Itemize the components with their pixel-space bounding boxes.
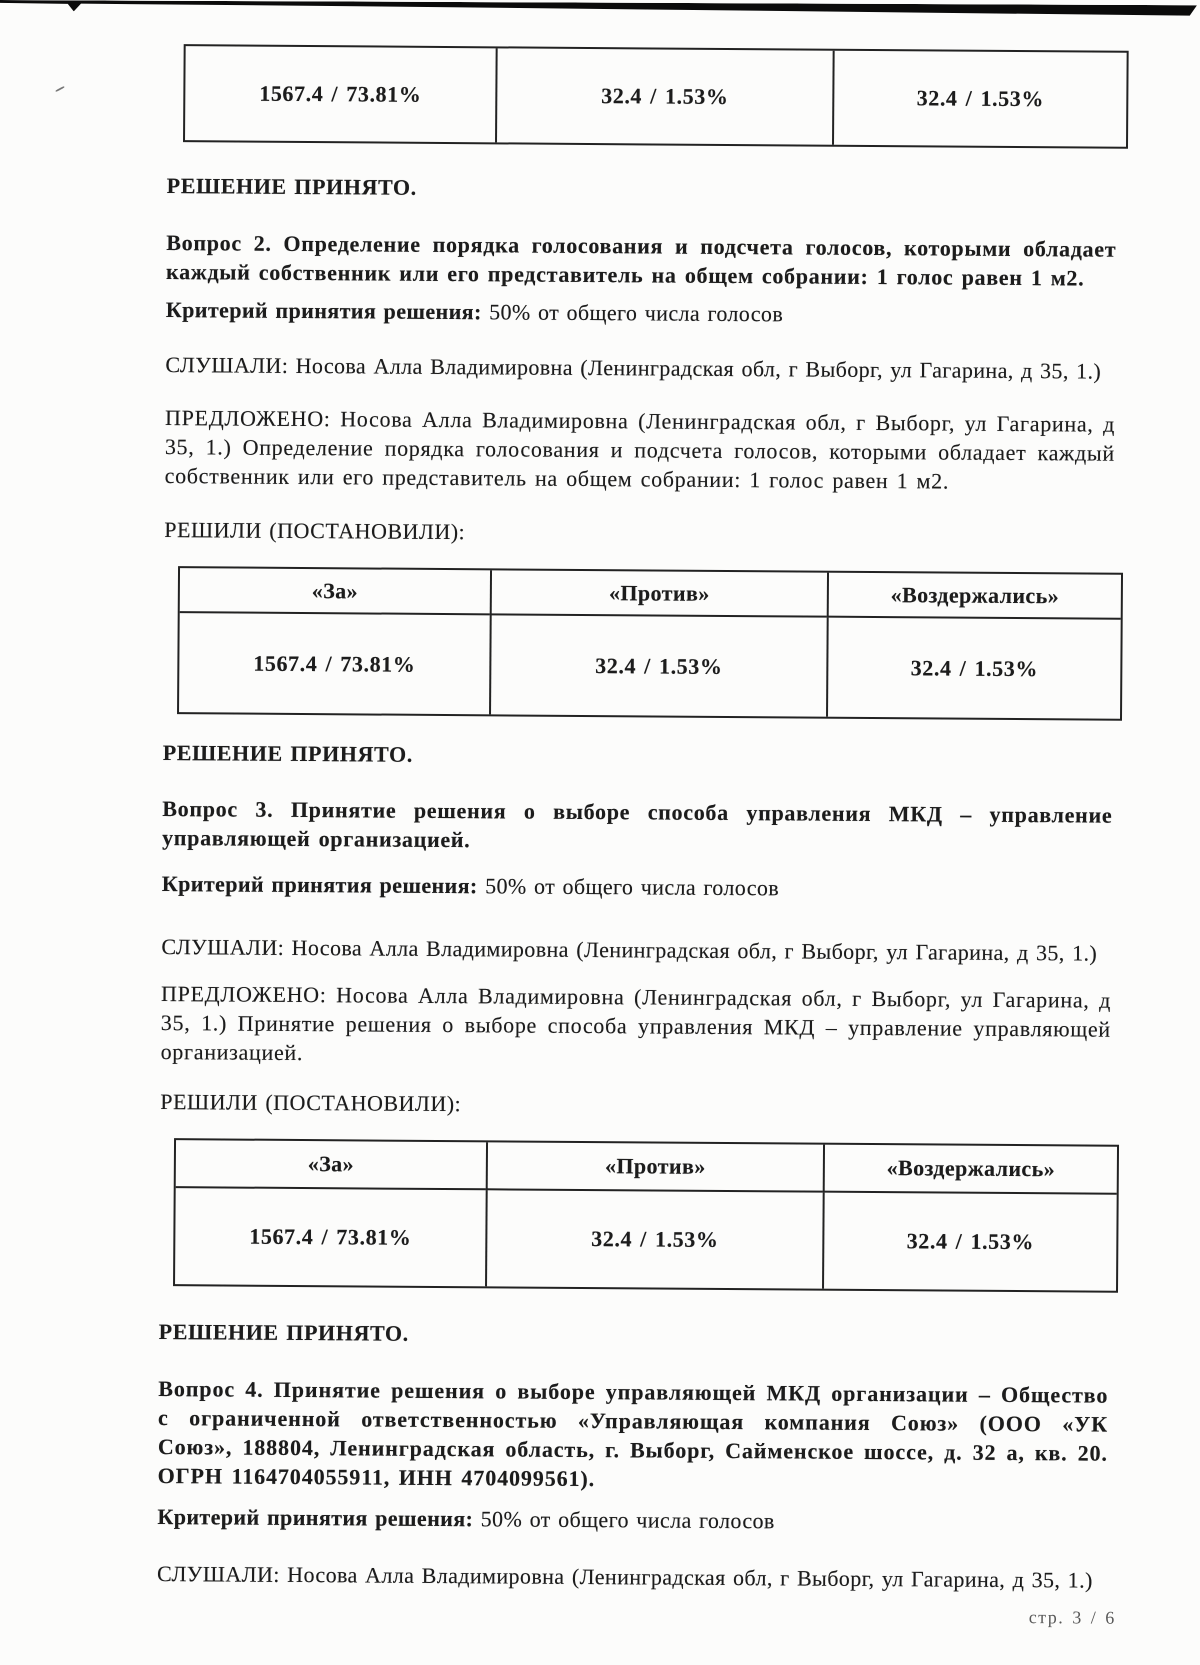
- vote-value-protiv: 32.4 / 1.53%: [485, 1190, 823, 1288]
- criterion-3-value: 50% от общего числа голосов: [481, 1506, 775, 1533]
- vote-value-za: 1567.4 / 73.81%: [179, 613, 490, 714]
- vote-header-protiv: «Против»: [490, 570, 827, 617]
- criterion-1-label: Критерий принятия решения:: [166, 297, 489, 324]
- vote-header-protiv: «Против»: [486, 1142, 823, 1192]
- vote-value-za: 1567.4 / 73.81%: [185, 46, 496, 142]
- heard-3: СЛУШАЛИ: Носова Алла Владимировна (Ленин…: [157, 1559, 1107, 1595]
- heard-2: СЛУШАЛИ: Носова Алла Владимировна (Ленин…: [161, 932, 1111, 968]
- criterion-2-value: 50% от общего числа голосов: [485, 873, 779, 900]
- vote-header-vozderzhalis: «Воздержались»: [823, 1145, 1117, 1195]
- resolved-label-1: РЕШИЛИ (ПОСТАНОВИЛИ):: [164, 515, 1114, 551]
- vote-header-za: «За»: [176, 1140, 486, 1190]
- resolved-label-2: РЕШИЛИ (ПОСТАНОВИЛИ):: [160, 1087, 1110, 1123]
- decision-status-2: РЕШЕНИЕ ПРИНЯТО.: [163, 738, 1113, 774]
- question-3-title: Вопрос 3. Принятие решения о выборе спос…: [162, 794, 1112, 859]
- vote-results-table-q2: «За» «Против» «Воздержались» 1567.4 / 73…: [177, 566, 1123, 721]
- vote-results-table-q1-values: 1567.4 / 73.81% 32.4 / 1.53% 32.4 / 1.53…: [183, 44, 1129, 149]
- question-4-title: Вопрос 4. Принятие решения о выборе упра…: [158, 1374, 1109, 1497]
- decision-status-3: РЕШЕНИЕ ПРИНЯТО.: [159, 1317, 1109, 1353]
- proposed-1: ПРЕДЛОЖЕНО: Носова Алла Владимировна (Ле…: [165, 403, 1116, 497]
- criterion-1: Критерий принятия решения: 50% от общего…: [166, 295, 1116, 331]
- criterion-3-label: Критерий принятия решения:: [157, 1504, 480, 1531]
- proposed-2: ПРЕДЛОЖЕНО: Носова Алла Владимировна (Ле…: [161, 979, 1112, 1073]
- scanned-protocol-page: 1567.4 / 73.81% 32.4 / 1.53% 32.4 / 1.53…: [0, 0, 1200, 1665]
- vote-value-protiv: 32.4 / 1.53%: [489, 615, 827, 716]
- criterion-3: Критерий принятия решения: 50% от общего…: [157, 1502, 1107, 1538]
- vote-header-vozderzhalis: «Воздержались»: [827, 573, 1121, 620]
- vote-header-za: «За»: [180, 568, 490, 615]
- vote-value-vozderzhalis: 32.4 / 1.53%: [826, 618, 1121, 719]
- heard-1: СЛУШАЛИ: Носова Алла Владимировна (Ленин…: [165, 350, 1115, 386]
- criterion-1-value: 50% от общего числа голосов: [489, 299, 783, 326]
- vote-value-protiv: 32.4 / 1.53%: [495, 48, 833, 144]
- vote-value-vozderzhalis: 32.4 / 1.53%: [822, 1193, 1117, 1291]
- vote-value-vozderzhalis: 32.4 / 1.53%: [832, 51, 1127, 147]
- vote-results-table-q3: «За» «Против» «Воздержались» 1567.4 / 73…: [173, 1138, 1119, 1293]
- question-2-title: Вопрос 2. Определение порядка голосовани…: [166, 228, 1116, 293]
- decision-status-1: РЕШЕНИЕ ПРИНЯТО.: [167, 171, 1117, 207]
- criterion-2-label: Критерий принятия решения:: [162, 871, 485, 898]
- page-number: стр. 3 / 6: [1029, 1607, 1116, 1629]
- vote-value-za: 1567.4 / 73.81%: [175, 1188, 486, 1286]
- page-content: 1567.4 / 73.81% 32.4 / 1.53% 32.4 / 1.53…: [0, 0, 1200, 1665]
- criterion-2: Критерий принятия решения: 50% от общего…: [162, 869, 1112, 905]
